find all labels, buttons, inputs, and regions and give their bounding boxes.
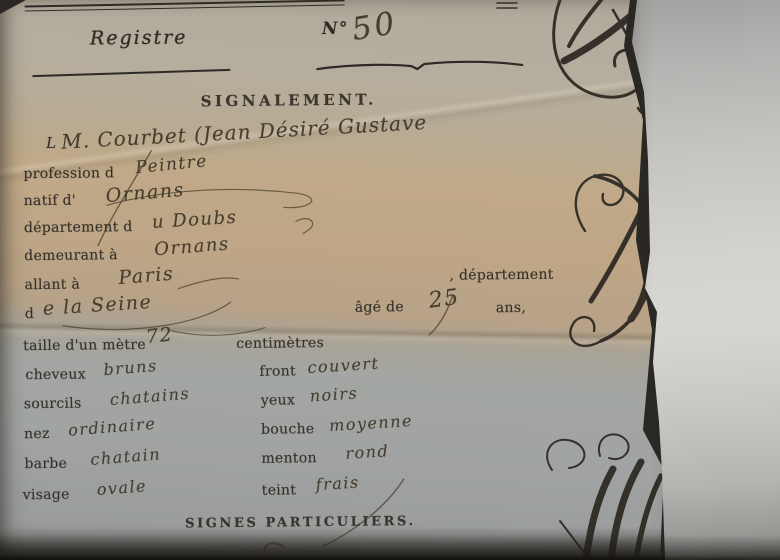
photo-of-document: Registre N° 50 SIGNALEMENT. L M. Courbet… xyxy=(0,0,780,560)
